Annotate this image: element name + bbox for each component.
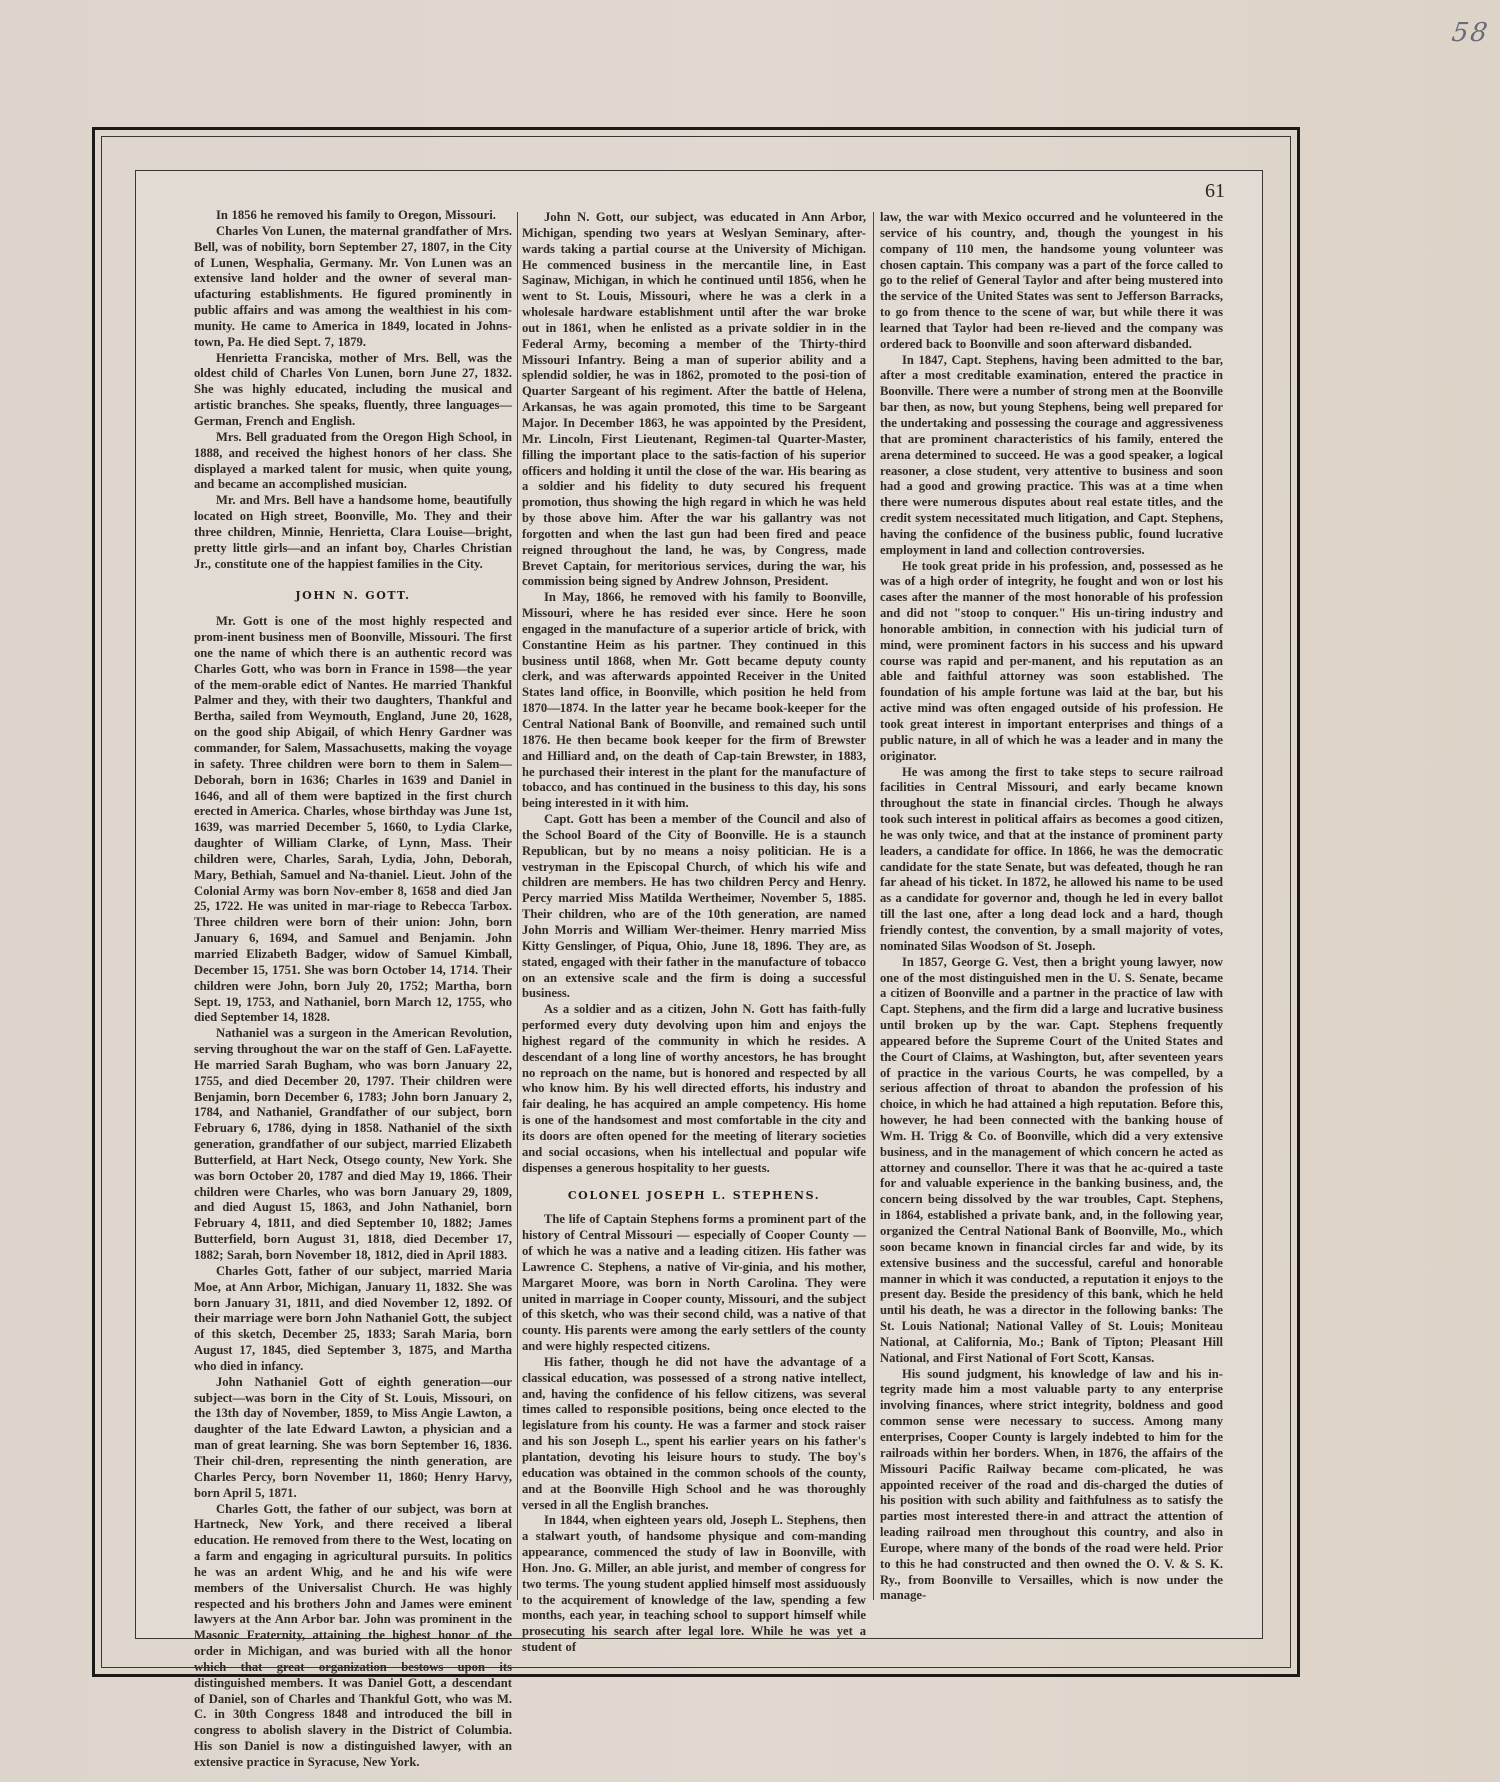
- paragraph: In 1844, when eighteen years old, Joseph…: [522, 1513, 866, 1656]
- paragraph: law, the war with Mexico occurred and he…: [880, 210, 1223, 353]
- section-heading: COLONEL JOSEPH L. STEPHENS.: [522, 1188, 866, 1204]
- text-column-2: John N. Gott, our subject, was educated …: [522, 210, 866, 1656]
- paragraph: In May, 1866, he removed with his family…: [522, 590, 866, 812]
- paragraph: In 1856 he removed his family to Oregon,…: [194, 208, 512, 224]
- paragraph: Charles Gott, the father of our subject,…: [194, 1502, 512, 1771]
- paragraph: Nathaniel was a surgeon in the American …: [194, 1026, 512, 1264]
- paragraph: Henrietta Franciska, mother of Mrs. Bell…: [194, 351, 512, 430]
- paragraph: Mr. and Mrs. Bell have a handsome home, …: [194, 493, 512, 572]
- paragraph: He was among the first to take steps to …: [880, 765, 1223, 955]
- text-column-3: law, the war with Mexico occurred and he…: [880, 210, 1223, 1604]
- paragraph: He took great pride in his profession, a…: [880, 559, 1223, 765]
- paragraph: Capt. Gott has been a member of the Coun…: [522, 812, 866, 1002]
- paragraph: John Nathaniel Gott of eighth generation…: [194, 1375, 512, 1502]
- section-heading: JOHN N. GOTT.: [194, 588, 512, 604]
- paragraph: His father, though he did not have the a…: [522, 1355, 866, 1513]
- paragraph: Charles Von Lunen, the maternal grandfat…: [194, 224, 512, 351]
- paragraph: In 1857, George G. Vest, then a bright y…: [880, 955, 1223, 1367]
- text-column-1: In 1856 he removed his family to Oregon,…: [194, 208, 512, 1771]
- printed-page-number: 61: [1205, 180, 1225, 203]
- paragraph: As a soldier and as a citizen, John N. G…: [522, 1002, 866, 1176]
- paragraph: In 1847, Capt. Stephens, having been adm…: [880, 353, 1223, 559]
- paragraph: The life of Captain Stephens forms a pro…: [522, 1212, 866, 1355]
- paragraph: Mrs. Bell graduated from the Oregon High…: [194, 430, 512, 493]
- paragraph: Charles Gott, father of our subject, mar…: [194, 1264, 512, 1375]
- paragraph: John N. Gott, our subject, was educated …: [522, 210, 866, 590]
- paragraph: His sound judgment, his knowledge of law…: [880, 1367, 1223, 1605]
- column-divider-1: [517, 212, 518, 1600]
- column-divider-2: [873, 212, 874, 1600]
- pencil-page-number: 58: [1450, 18, 1491, 48]
- paragraph: Mr. Gott is one of the most highly respe…: [194, 614, 512, 1026]
